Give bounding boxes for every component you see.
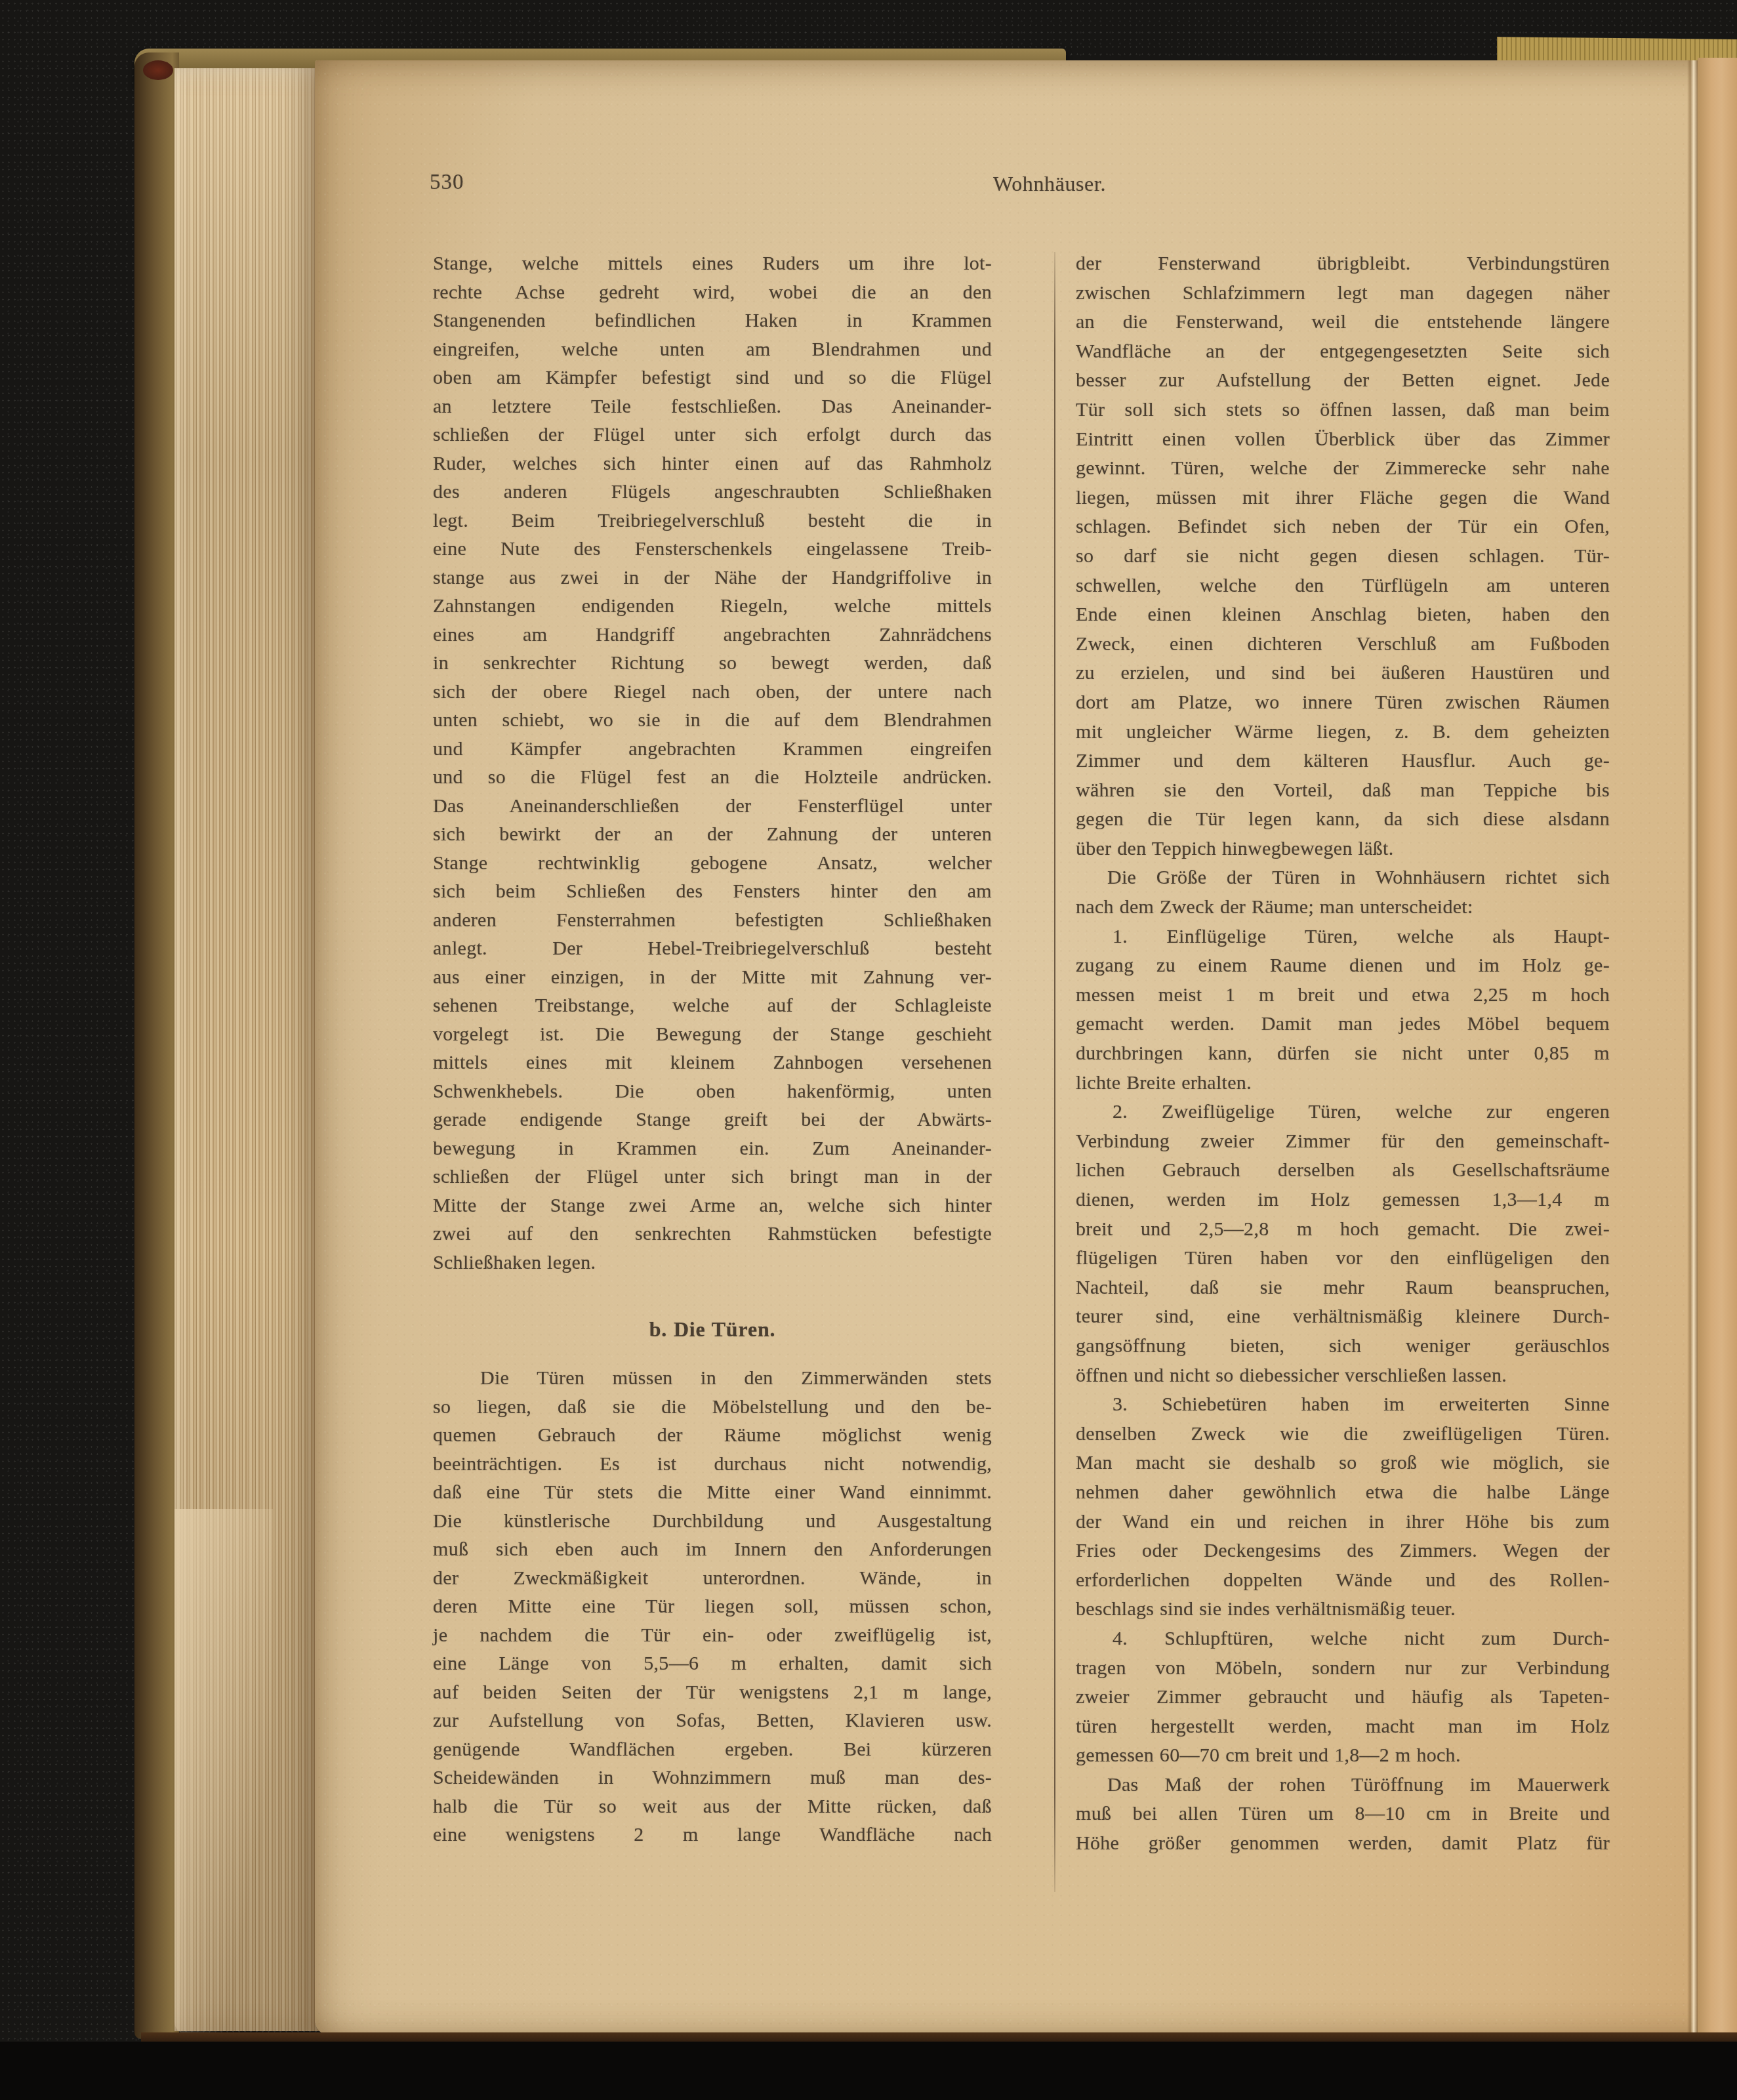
text-line: nach dem Zweck der Räume; man unterschei… — [1076, 893, 1610, 922]
text-line: schwellen, welche den Türflügeln am unte… — [1076, 571, 1610, 601]
column-divider-rule — [1054, 252, 1055, 1892]
worn-page-edge — [174, 1509, 273, 2034]
text-line: zwischen Schlafzimmern legt man dagegen … — [1076, 279, 1610, 308]
list-item-schlupftueren: 4. Schlupftüren, welche nicht zum Durch-… — [1076, 1624, 1610, 1771]
text-line: Zimmer und dem kälteren Hausflur. Auch g… — [1076, 747, 1610, 776]
text-line: teurer sind, eine verhältnismäßig kleine… — [1076, 1302, 1610, 1332]
cover-corner-wear — [143, 60, 173, 80]
text-line: Schwenkhebels. Die oben hakenförmig, unt… — [433, 1077, 992, 1106]
scan-shadow-bottom — [0, 2042, 1737, 2100]
text-line: türen hergestellt werden, macht man im H… — [1076, 1712, 1610, 1742]
text-line: Fries oder Deckengesims des Zimmers. Weg… — [1076, 1536, 1610, 1566]
text-line: 2. Zweiflügelige Türen, welche zur enger… — [1076, 1098, 1610, 1127]
text-line: mit ungleicher Wärme liegen, z. B. dem g… — [1076, 718, 1610, 747]
text-line: genügende Wandflächen ergeben. Bei kürze… — [433, 1735, 992, 1764]
text-line: muß bei allen Türen um 8—10 cm in Breite… — [1076, 1800, 1610, 1829]
text-line: so liegen, daß sie die Möbelstellung und… — [433, 1393, 992, 1422]
text-line: Höhe größer genommen werden, damit Platz… — [1076, 1829, 1610, 1859]
text-line: muß sich eben auch im Innern den Anforde… — [433, 1535, 992, 1564]
paragraph: der Fensterwand übrigbleibt. Verbindungs… — [1076, 249, 1610, 863]
book-page: 530 Wohnhäuser. Stange, welche mittels e… — [315, 60, 1737, 2036]
text-line: tragen von Möbeln, sondern nur zur Verbi… — [1076, 1654, 1610, 1683]
text-line: Schließhaken legen. — [433, 1248, 992, 1277]
section-heading: b. Die Türen. — [433, 1317, 992, 1342]
text-line: 1. Einflügelige Türen, welche als Haupt- — [1076, 922, 1610, 952]
text-line: zugang zu einem Raume dienen und im Holz… — [1076, 951, 1610, 981]
text-line: legt. Beim Treibriegelverschluß besteht … — [433, 506, 992, 535]
text-line: währen sie den Vorteil, daß man Teppiche… — [1076, 776, 1610, 806]
text-line: der Wand ein und reichen in ihrer Höhe b… — [1076, 1508, 1610, 1537]
text-line: Stangenenden befindlichen Haken in Kramm… — [433, 306, 992, 335]
text-line: rechte Achse gedreht wird, wobei die an … — [433, 278, 992, 307]
text-line: zu erzielen, und sind bei äußeren Haustü… — [1076, 659, 1610, 688]
page-number: 530 — [430, 171, 464, 195]
text-line: liegen, müssen mit ihrer Fläche gegen di… — [1076, 484, 1610, 513]
text-line: sich bewirkt der an der Zahnung der unte… — [433, 820, 992, 849]
text-line: Wandfläche an der entgegengesetzten Seit… — [1076, 337, 1610, 367]
text-line: halb die Tür so weit aus der Mitte rücke… — [433, 1792, 992, 1821]
text-line: erforderlichen doppelten Wände und des R… — [1076, 1566, 1610, 1596]
text-line: Verbindung zweier Zimmer für den gemeins… — [1076, 1127, 1610, 1157]
text-line: über den Teppich hinwegbewegen läßt. — [1076, 834, 1610, 864]
text-line: zweier Zimmer gebraucht und häufig als T… — [1076, 1683, 1610, 1712]
text-line: deren Mitte eine Tür liegen soll, müssen… — [433, 1592, 992, 1621]
text-line: Stange, welche mittels eines Ruders um i… — [433, 249, 992, 278]
text-line: Zweck, einen dichteren Verschluß am Fußb… — [1076, 630, 1610, 659]
text-line: beschlags sind sie indes verhältnismäßig… — [1076, 1595, 1610, 1624]
text-line: eines am Handgriff angebrachten Zahnrädc… — [433, 621, 992, 649]
text-line: sich der obere Riegel nach oben, der unt… — [433, 678, 992, 707]
text-line: anderen Fensterrahmen befestigten Schlie… — [433, 906, 992, 935]
text-line: Die Größe der Türen in Wohnhäusern richt… — [1076, 863, 1610, 893]
text-line: und Kämpfer angebrachten Krammen eingrei… — [433, 735, 992, 764]
text-line: gemessen 60—70 cm breit und 1,8—2 m hoch… — [1076, 1741, 1610, 1771]
text-line: in senkrechter Richtung so bewegt werden… — [433, 649, 992, 678]
text-line: stange aus zwei in der Nähe der Handgrif… — [433, 564, 992, 592]
text-line: sich beim Schließen des Fensters hinter … — [433, 877, 992, 906]
text-line: an die Fensterwand, weil die entstehende… — [1076, 308, 1610, 337]
text-line: eine Länge von 5,5—6 m erhalten, damit s… — [433, 1649, 992, 1678]
text-line: Zahnstangen endigenden Riegeln, welche m… — [433, 592, 992, 621]
text-line: so darf sie nicht gegen diesen schlagen.… — [1076, 542, 1610, 571]
paragraph: Die Größe der Türen in Wohnhäusern richt… — [1076, 863, 1610, 922]
text-line: der Fensterwand übrigbleibt. Verbindungs… — [1076, 249, 1610, 279]
text-line: öffnen und nicht so diebessicher verschl… — [1076, 1361, 1610, 1391]
text-line: zur Aufstellung von Sofas, Betten, Klavi… — [433, 1706, 992, 1735]
text-line: Tür soll sich stets so öffnen lassen, da… — [1076, 396, 1610, 425]
text-line: Ruder, welches sich hinter einen auf das… — [433, 449, 992, 478]
text-line: Mitte der Stange zwei Arme an, welche si… — [433, 1191, 992, 1220]
text-line: Das Maß der rohen Türöffnung im Mauerwer… — [1076, 1771, 1610, 1800]
text-line: breit und 2,5—2,8 m hoch gemacht. Die zw… — [1076, 1215, 1610, 1245]
text-line: gemacht werden. Damit man jedes Möbel be… — [1076, 1010, 1610, 1039]
list-item-einfluegelige-tueren: 1. Einflügelige Türen, welche als Haupt-… — [1076, 922, 1610, 1098]
text-line: Scheidewänden in Wohnzimmern muß man des… — [433, 1763, 992, 1792]
text-line: schließen der Flügel unter sich erfolgt … — [433, 421, 992, 449]
text-line: gegen die Tür legen kann, da sich diese … — [1076, 805, 1610, 834]
text-line: eingreifen, welche unten am Blendrahmen … — [433, 335, 992, 364]
text-line: und so die Flügel fest an die Holzteile … — [433, 763, 992, 792]
right-column: der Fensterwand übrigbleibt. Verbindungs… — [1076, 249, 1610, 1859]
running-header: Wohnhäuser. — [945, 172, 1155, 196]
text-line: anlegt. Der Hebel-Treibriegelverschluß b… — [433, 934, 992, 963]
text-line: nehmen daher gewöhnlich etwa die halbe L… — [1076, 1478, 1610, 1508]
text-line: Die Türen müssen in den Zimmerwänden ste… — [433, 1364, 992, 1393]
text-line: besser zur Aufstellung der Betten eignet… — [1076, 366, 1610, 396]
text-line: auf beiden Seiten der Tür wenigstens 2,1… — [433, 1678, 992, 1707]
text-line: mittels eines mit kleinem Zahnbogen vers… — [433, 1048, 992, 1077]
text-line: an letztere Teile festschließen. Das Ane… — [433, 392, 992, 421]
text-line: dienen, werden im Holz gemessen 1,3—1,4 … — [1076, 1185, 1610, 1215]
list-item-zweifluegelige-tueren: 2. Zweiflügelige Türen, welche zur enger… — [1076, 1098, 1610, 1390]
text-line: daß eine Tür stets die Mitte einer Wand … — [433, 1478, 992, 1507]
text-line: schließen der Flügel unter sich bringt m… — [433, 1163, 992, 1191]
text-line: Nachteil, daß sie mehr Raum beanspruchen… — [1076, 1273, 1610, 1303]
paragraph: Das Maß der rohen Türöffnung im Mauerwer… — [1076, 1771, 1610, 1859]
book-cover-left-edge — [134, 52, 179, 2039]
text-line: Eintritt einen vollen Überblick über das… — [1076, 425, 1610, 455]
text-line: dort am Platze, wo innere Türen zwischen… — [1076, 688, 1610, 718]
text-line: gangsöffnung bieten, sich weniger geräus… — [1076, 1332, 1610, 1361]
paragraph: Stange, welche mittels eines Ruders um i… — [433, 249, 992, 1277]
text-line: lichte Breite erhalten. — [1076, 1069, 1610, 1098]
text-line: Man macht sie deshalb so groß wie möglic… — [1076, 1449, 1610, 1478]
text-line: quemen Gebrauch der Räume möglichst weni… — [433, 1421, 992, 1450]
text-line: vorgelegt ist. Die Bewegung der Stange g… — [433, 1020, 992, 1049]
text-line: des anderen Flügels angeschraubten Schli… — [433, 478, 992, 506]
text-line: 3. Schiebetüren haben im erweiterten Sin… — [1076, 1390, 1610, 1420]
text-line: bewegung in Krammen ein. Zum Aneinander- — [433, 1134, 992, 1163]
text-line: je nachdem die Tür ein- oder zweiflügeli… — [433, 1621, 992, 1650]
text-line: oben am Kämpfer befestigt sind und so di… — [433, 363, 992, 392]
text-line: durchbringen kann, dürfen sie nicht unte… — [1076, 1039, 1610, 1069]
text-line: Stange rechtwinklig gebogene Ansatz, wel… — [433, 849, 992, 878]
text-line: lichen Gebrauch derselben als Gesellscha… — [1076, 1156, 1610, 1185]
text-line: der Zweckmäßigkeit unterordnen. Wände, i… — [433, 1564, 992, 1593]
text-line: 4. Schlupftüren, welche nicht zum Durch- — [1076, 1624, 1610, 1654]
text-line: gewinnt. Türen, welche der Zimmerecke se… — [1076, 454, 1610, 484]
page-fold-highlight — [1687, 60, 1698, 2036]
text-line: messen meist 1 m breit und etwa 2,25 m h… — [1076, 981, 1610, 1010]
text-line: flügeligen Türen haben vor den einflügel… — [1076, 1244, 1610, 1273]
text-line: Ende einen kleinen Anschlag bieten, habe… — [1076, 600, 1610, 630]
text-line: unten schiebt, wo sie in die auf dem Ble… — [433, 706, 992, 735]
text-line: denselben Zweck wie die zweiflügeligen T… — [1076, 1420, 1610, 1449]
scanned-book-page-photo: 530 Wohnhäuser. Stange, welche mittels e… — [0, 0, 1737, 2100]
text-line: Das Aneinanderschließen der Fensterflüge… — [433, 792, 992, 821]
left-column: Stange, welche mittels eines Ruders um i… — [433, 249, 992, 1849]
text-line: eine wenigstens 2 m lange Wandfläche nac… — [433, 1821, 992, 1849]
text-line: sehenen Treibstange, welche auf der Schl… — [433, 991, 992, 1020]
paragraph: Die Türen müssen in den Zimmerwänden ste… — [433, 1364, 992, 1849]
text-line: eine Nute des Fensterschenkels eingelass… — [433, 535, 992, 564]
text-line: Die künstlerische Durchbildung und Ausge… — [433, 1507, 992, 1536]
list-item-schiebetueren: 3. Schiebetüren haben im erweiterten Sin… — [1076, 1390, 1610, 1624]
text-line: schlagen. Befindet sich neben der Tür ei… — [1076, 512, 1610, 542]
text-line: zwei auf den senkrechten Rahmstücken bef… — [433, 1220, 992, 1248]
text-line: gerade endigende Stange greift bei der A… — [433, 1105, 992, 1134]
next-page-curl — [1698, 58, 1737, 2038]
text-line: aus einer einzigen, in der Mitte mit Zah… — [433, 963, 992, 992]
text-line: beeinträchtigen. Es ist durchaus nicht n… — [433, 1450, 992, 1479]
